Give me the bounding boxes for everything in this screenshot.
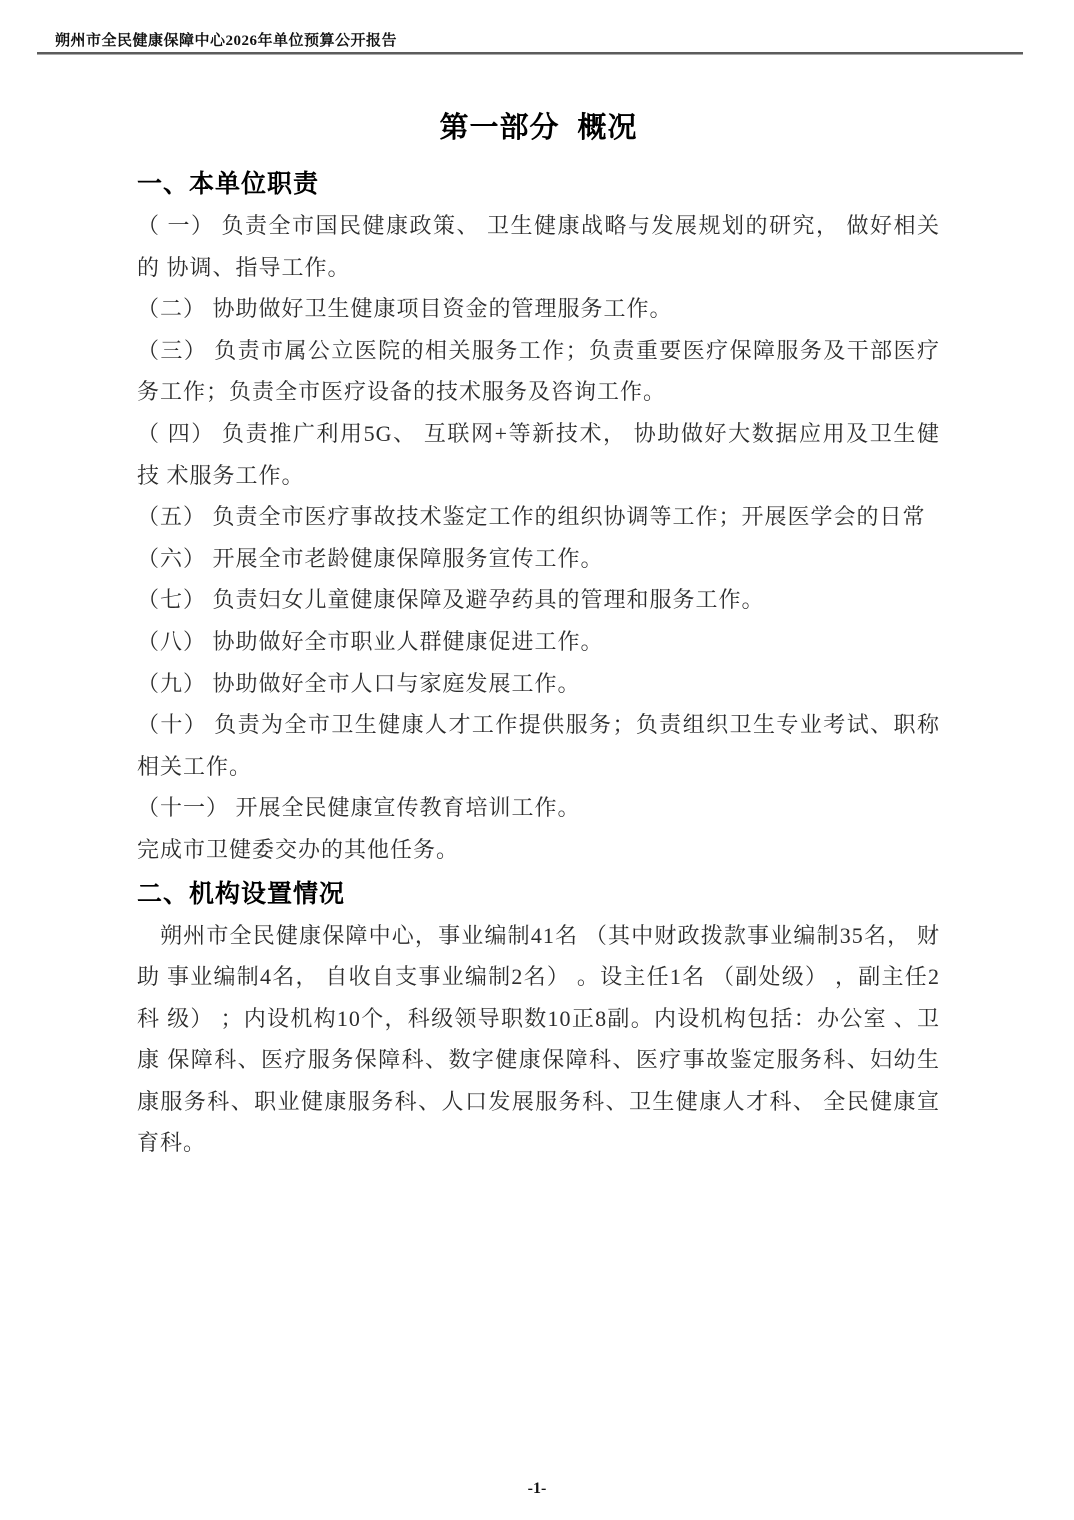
body-line: （十一） 开展全民健康宣传教育培训工作。 <box>137 787 940 829</box>
section-heading-duties: 一、本单位职责 <box>137 163 940 205</box>
header-title: 朔州市全民健康保障中心2026年单位预算公开报告 <box>55 29 397 50</box>
body-line: 科 级） ；内设机构10个，科级领导职数10正8副。内设机构包括：办公室 、卫生… <box>137 998 940 1040</box>
body-line: 完成市卫健委交办的其他任务。 <box>137 829 940 871</box>
body-line: （六） 开展全市老龄健康保障服务宣传工作。 <box>137 538 940 580</box>
body-line: 技 术服务工作。 <box>137 455 940 497</box>
body-line: 助 事业编制4名， 自收自支事业编制2名） 。设主任1名 （副处级） ，副主任2… <box>137 956 940 998</box>
page-title: 第一部分 概况 <box>137 105 940 151</box>
body-line: （十） 负责为全市卫生健康人才工作提供服务；负责组织卫生专业考试、职称评审 等 <box>137 704 940 746</box>
body-line: （ 一） 负责全市国民健康政策、 卫生健康战略与发展规划的研究， 做好相关业务 <box>137 205 940 247</box>
section-heading-organization: 二、机构设置情况 <box>137 873 940 915</box>
body-line: 的 协调、指导工作。 <box>137 247 940 289</box>
body-line: 相关工作。 <box>137 746 940 788</box>
page-number: -1- <box>0 1480 1074 1498</box>
body-line: 务工作；负责全市医疗设备的技术服务及咨询工作。 <box>137 371 940 413</box>
body-line: （九） 协助做好全市人口与家庭发展工作。 <box>137 663 940 705</box>
document-page: 朔州市全民健康保障中心2026年单位预算公开报告 第一部分 概况 一、本单位职责… <box>0 0 1074 1520</box>
body-line: 康服务科、职业健康服务科、人口发展服务科、卫生健康人才科、 全民健康宣传教 <box>137 1081 940 1123</box>
body-line: 育科。 <box>137 1122 940 1164</box>
body-line: （三） 负责市属公立医院的相关服务工作；负责重要医疗保障服务及干部医疗保障 服 <box>137 330 940 372</box>
body-line: （二） 协助做好卫生健康项目资金的管理服务工作。 <box>137 288 940 330</box>
body-line: 康 保障科、医疗服务保障科、数字健康保障科、医疗事故鉴定服务科、妇幼生育健 <box>137 1039 940 1081</box>
header-rule <box>37 52 1023 55</box>
body-line: （八） 协助做好全市职业人群健康促进工作。 <box>137 621 940 663</box>
document-body: 第一部分 概况 一、本单位职责 （ 一） 负责全市国民健康政策、 卫生健康战略与… <box>137 105 940 1164</box>
body-line: （七） 负责妇女儿童健康保障及避孕药具的管理和服务工作。 <box>137 579 940 621</box>
body-line: 朔州市全民健康保障中心，事业编制41名 （其中财政拨款事业编制35名， 财政补 <box>137 915 940 957</box>
body-line: （ 四） 负责推广利用5G、 互联网+等新技术， 协助做好大数据应用及卫生健康信… <box>137 413 940 455</box>
body-line: （五） 负责全市医疗事故技术鉴定工作的组织协调等工作；开展医学会的日常工作。 <box>137 496 940 538</box>
